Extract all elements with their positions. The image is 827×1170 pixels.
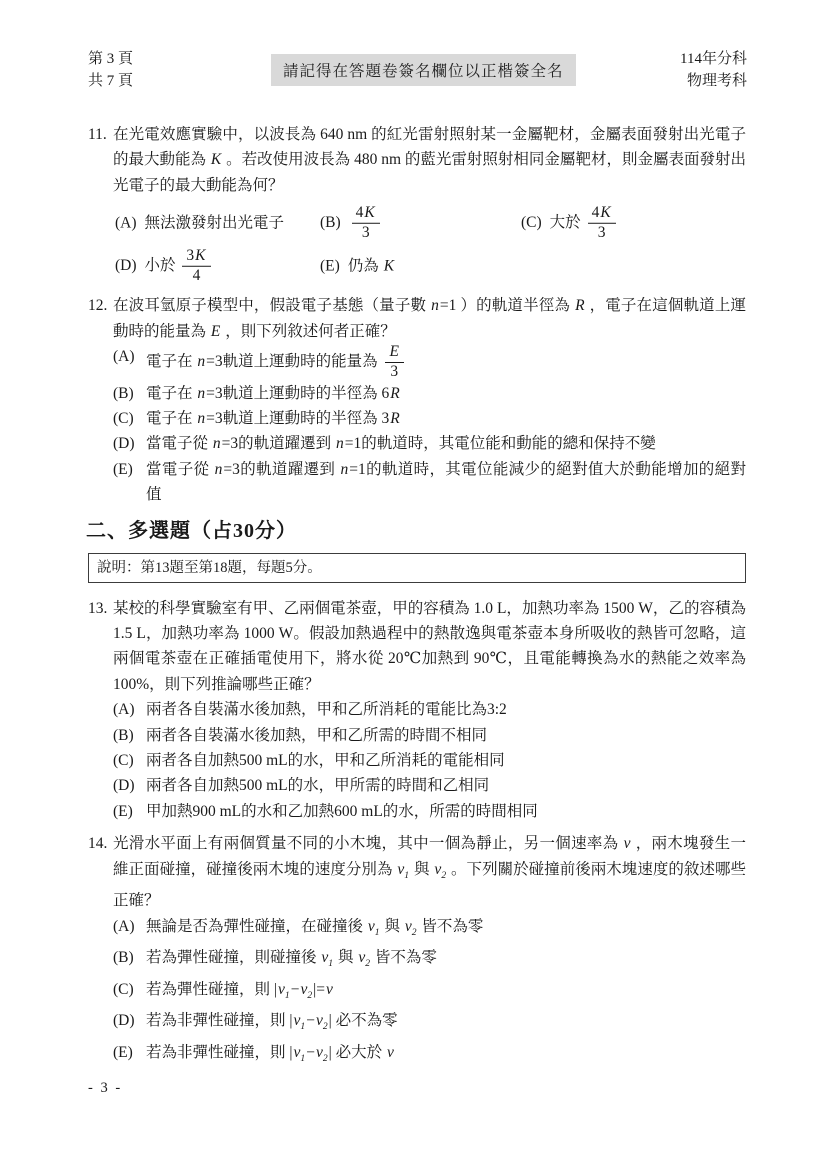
text-run: 兩者各自加熱500 mL的水，甲和乙所消耗的電能相同 bbox=[146, 752, 505, 769]
option: (E)仍為 K bbox=[320, 254, 395, 279]
fraction-denominator: 3 bbox=[385, 363, 404, 381]
math-variable: v1 bbox=[320, 949, 334, 966]
math-subscript: 2 bbox=[441, 870, 446, 881]
option: (D)兩者各自加熱500 mL的水，甲所需的時間和乙相同 bbox=[113, 773, 746, 798]
text-run: 與 bbox=[410, 861, 433, 878]
text-run: 當電子從 bbox=[146, 461, 214, 478]
text-run: 皆不為零 bbox=[418, 918, 484, 935]
math-variable: v bbox=[386, 1044, 395, 1061]
math-variable: R bbox=[389, 385, 400, 402]
math-variable: n bbox=[212, 435, 222, 452]
text-run: 兩者各自裝滿水後加熱，甲和乙所需的時間不相同 bbox=[146, 727, 487, 744]
text-run: 必不為零 bbox=[332, 1012, 398, 1029]
option-label: (A) bbox=[113, 914, 135, 939]
text-run: 大於 bbox=[550, 214, 585, 231]
text-run: 兩者各自加熱500 mL的水，甲所需的時間和乙相同 bbox=[146, 777, 489, 794]
fraction-denominator: 3 bbox=[352, 224, 380, 242]
text-run: ，則下列敘述何者正確？ bbox=[221, 323, 395, 340]
option: (D)小於 3K4 bbox=[115, 248, 214, 284]
math-subscript: 1 bbox=[404, 870, 409, 881]
option: (D)當電子從 n=3的軌道躍遷到 n=1的軌道時，其電位能和動能的總和保持不變 bbox=[113, 431, 746, 456]
math-variable: v1 bbox=[396, 861, 410, 878]
exam-page: 第 3 頁 共 7 頁 請記得在答題卷簽名欄位以正楷簽全名 114年分科 物理考… bbox=[0, 0, 827, 1170]
option-content: 兩者各自加熱500 mL的水，甲所需的時間和乙相同 bbox=[146, 777, 489, 794]
page-footer: - 3 - bbox=[88, 1080, 122, 1097]
options-row: (D)小於 3K4(E)仍為 K bbox=[113, 246, 746, 286]
question-block: 11.在光電效應實驗中，以波長為 640 nm 的紅光雷射照射某一金屬靶材，金屬… bbox=[88, 122, 746, 286]
math-subscript: 1 bbox=[300, 1021, 305, 1032]
text-run: 若為非彈性碰撞，則 bbox=[146, 1044, 289, 1061]
question-block: 13.某校的科學實驗室有甲、乙兩個電茶壺，甲的容積為 1.0 L，加熱功率為 1… bbox=[88, 596, 746, 825]
text-run: = bbox=[316, 981, 325, 998]
math-variable: v bbox=[623, 835, 632, 852]
content-column: 11.在光電效應實驗中，以波長為 640 nm 的紅光雷射照射某一金屬靶材，金屬… bbox=[88, 122, 746, 1078]
math-subscript: 2 bbox=[412, 927, 417, 938]
text-run: =1的軌道時，其電位能和動能的總和保持不變 bbox=[345, 435, 656, 452]
option-content: 無法激發射出光電子 bbox=[145, 215, 285, 232]
option-label: (C) bbox=[521, 214, 542, 231]
option: (C)若為彈性碰撞，則 |v1−v2|=v bbox=[113, 977, 746, 1009]
option-label: (E) bbox=[113, 457, 133, 482]
option-label: (D) bbox=[113, 773, 135, 798]
question-stem: 在光電效應實驗中，以波長為 640 nm 的紅光雷射照射某一金屬靶材，金屬表面發… bbox=[113, 122, 746, 198]
math-variable: n bbox=[196, 353, 206, 370]
option-content: 電子在 n=3軌道上運動時的半徑為 6R bbox=[146, 385, 401, 402]
option-label: (D) bbox=[113, 431, 135, 456]
math-variable: R bbox=[574, 297, 585, 314]
fraction: 4K3 bbox=[588, 205, 616, 241]
text-run: 3 bbox=[390, 363, 398, 380]
math-variable: R bbox=[389, 410, 400, 427]
option-label: (E) bbox=[113, 799, 133, 824]
fraction: 3K4 bbox=[182, 248, 210, 284]
option-content: 兩者各自裝滿水後加熱，甲和乙所消耗的電能比為3:2 bbox=[146, 701, 507, 718]
math-variable: v2 bbox=[433, 861, 447, 878]
option: (D)若為非彈性碰撞，則 |v1−v2| 必不為零 bbox=[113, 1008, 746, 1040]
text-run: 小於 bbox=[145, 257, 180, 274]
question-stem: 在波耳氫原子模型中，假設電子基態（量子數 n=1 ）的軌道半徑為 R ，電子在這… bbox=[113, 293, 746, 344]
math-variable: v2 bbox=[315, 1044, 329, 1061]
math-variable: v1 bbox=[293, 1012, 307, 1029]
question-block: 14.光滑水平面上有兩個質量不同的小木塊，其中一個為靜止，另一個速率為 v ，兩… bbox=[88, 831, 746, 1071]
option-content: 甲加熱900 mL的水和乙加熱600 mL的水，所需的時間相同 bbox=[146, 803, 538, 820]
text-run: 在波耳氫原子模型中，假設電子基態（量子數 bbox=[113, 297, 430, 314]
math-variable: v1 bbox=[277, 981, 291, 998]
fraction: 4K3 bbox=[352, 205, 380, 241]
option-label: (E) bbox=[320, 258, 340, 275]
fraction-numerator: E bbox=[385, 344, 404, 363]
math-variable: v2 bbox=[404, 918, 418, 935]
page-number-line1: 第 3 頁 bbox=[88, 48, 133, 70]
math-variable: v1 bbox=[367, 918, 381, 935]
option-label: (C) bbox=[113, 748, 134, 773]
option-content: 電子在 n=3軌道上運動時的能量為 E3 bbox=[146, 353, 407, 370]
option-content: 電子在 n=3軌道上運動時的半徑為 3R bbox=[146, 410, 401, 427]
math-subscript: 1 bbox=[285, 990, 290, 1001]
math-subscript: 1 bbox=[375, 927, 380, 938]
option-label: (A) bbox=[113, 697, 135, 722]
math-subscript: 2 bbox=[307, 990, 312, 1001]
text-run: 電子在 bbox=[146, 385, 196, 402]
text-run: 若為彈性碰撞，則 bbox=[146, 981, 274, 998]
option-label: (C) bbox=[113, 406, 134, 431]
text-run: =3軌道上運動時的半徑為 6 bbox=[206, 385, 389, 402]
math-subscript: 1 bbox=[328, 958, 333, 969]
option-label: (A) bbox=[115, 215, 137, 232]
single-choice-questions: 11.在光電效應實驗中，以波長為 640 nm 的紅光雷射照射某一金屬靶材，金屬… bbox=[88, 122, 746, 508]
math-subscript: 1 bbox=[300, 1053, 305, 1064]
math-variable: v bbox=[325, 981, 334, 998]
option-label: (A) bbox=[113, 344, 135, 369]
text-run: 兩者各自裝滿水後加熱，甲和乙所消耗的電能比為3:2 bbox=[146, 701, 507, 718]
exam-year: 114年分科 bbox=[680, 48, 747, 70]
question-number: 12. bbox=[88, 293, 107, 318]
math-variable: E bbox=[210, 323, 221, 340]
math-subscript: 2 bbox=[323, 1053, 328, 1064]
options-grid: (A)無法激發射出光電子(B)4K3(C)大於 4K3(D)小於 3K4(E)仍… bbox=[113, 200, 746, 286]
footer-page-number: - 3 - bbox=[88, 1080, 122, 1096]
option: (B)兩者各自裝滿水後加熱，甲和乙所需的時間不相同 bbox=[113, 723, 746, 748]
text-run: 無法激發射出光電子 bbox=[145, 215, 285, 232]
text-run: 當電子從 bbox=[146, 435, 212, 452]
option-content: 大於 4K3 bbox=[550, 214, 619, 231]
page-number-block: 第 3 頁 共 7 頁 bbox=[88, 48, 133, 92]
text-run: 仍為 bbox=[348, 258, 383, 275]
fraction-denominator: 4 bbox=[182, 267, 210, 285]
text-run: =3的軌道躍遷到 bbox=[222, 435, 335, 452]
math-subscript: 2 bbox=[365, 958, 370, 969]
text-run: 必大於 bbox=[332, 1044, 386, 1061]
exam-subject: 物理考科 bbox=[680, 70, 747, 92]
text-run: =3軌道上運動時的半徑為 3 bbox=[206, 410, 389, 427]
math-variable: v2 bbox=[299, 981, 313, 998]
option: (E)甲加熱900 mL的水和乙加熱600 mL的水，所需的時間相同 bbox=[113, 799, 746, 824]
option-content: 當電子從 n=3的軌道躍遷到 n=1的軌道時，其電位能減少的絕對值大於動能增加的… bbox=[146, 461, 746, 503]
option-label: (D) bbox=[115, 257, 137, 274]
exam-info-block: 114年分科 物理考科 bbox=[680, 48, 747, 92]
text-run: =3軌道上運動時的能量為 bbox=[206, 353, 381, 370]
math-subscript: 2 bbox=[323, 1021, 328, 1032]
signature-notice: 請記得在答題卷簽名欄位以正楷簽全名 bbox=[271, 54, 576, 86]
fraction-denominator: 3 bbox=[588, 224, 616, 242]
math-variable: K bbox=[194, 247, 206, 264]
math-variable: v2 bbox=[315, 1012, 329, 1029]
fraction-numerator: 3K bbox=[182, 248, 210, 267]
option-content: 仍為 K bbox=[348, 258, 395, 275]
option: (C)兩者各自加熱500 mL的水，甲和乙所消耗的電能相同 bbox=[113, 748, 746, 773]
option-content: 若為非彈性碰撞，則 |v1−v2| 必大於 v bbox=[146, 1044, 395, 1061]
text-run: − bbox=[306, 1012, 315, 1029]
option-content: 兩者各自加熱500 mL的水，甲和乙所消耗的電能相同 bbox=[146, 752, 505, 769]
option-label: (B) bbox=[113, 945, 134, 970]
fraction-numerator: 4K bbox=[588, 205, 616, 224]
fraction-numerator: 4K bbox=[352, 205, 380, 224]
math-variable: n bbox=[335, 435, 345, 452]
text-run: 與 bbox=[381, 918, 404, 935]
section-title: 二、多選題（占30分） bbox=[86, 518, 746, 544]
page-number-line2: 共 7 頁 bbox=[88, 70, 133, 92]
math-variable: v1 bbox=[293, 1044, 307, 1061]
option: (A)電子在 n=3軌道上運動時的能量為 E3 bbox=[113, 344, 746, 380]
text-run: 3 bbox=[362, 224, 370, 241]
option: (C)電子在 n=3軌道上運動時的半徑為 3R bbox=[113, 406, 746, 431]
option-content: 若為彈性碰撞，則 |v1−v2|=v bbox=[146, 981, 334, 998]
text-run: 若為非彈性碰撞，則 bbox=[146, 1012, 289, 1029]
math-variable: K bbox=[599, 204, 611, 221]
math-variable: n bbox=[214, 461, 224, 478]
option: (A)無論是否為彈性碰撞，在碰撞後 v1 與 v2 皆不為零 bbox=[113, 914, 746, 946]
option: (B)4K3 bbox=[320, 205, 383, 241]
math-variable: v2 bbox=[357, 949, 371, 966]
option: (B)若為彈性碰撞，則碰撞後 v1 與 v2 皆不為零 bbox=[113, 945, 746, 977]
math-variable: E bbox=[389, 343, 400, 360]
option-label: (C) bbox=[113, 977, 134, 1002]
fraction: E3 bbox=[385, 344, 404, 380]
question-number: 14. bbox=[88, 831, 107, 856]
text-run: 與 bbox=[334, 949, 357, 966]
option: (C)大於 4K3 bbox=[521, 205, 619, 241]
option: (A)無法激發射出光電子 bbox=[115, 211, 284, 236]
option-content: 兩者各自裝滿水後加熱，甲和乙所需的時間不相同 bbox=[146, 727, 487, 744]
question-block: 12.在波耳氫原子模型中，假設電子基態（量子數 n=1 ）的軌道半徑為 R ，電… bbox=[88, 293, 746, 507]
option-label: (D) bbox=[113, 1008, 135, 1033]
option-content: 若為非彈性碰撞，則 |v1−v2| 必不為零 bbox=[146, 1012, 398, 1029]
text-run: 3 bbox=[186, 247, 194, 264]
text-run: 3 bbox=[598, 224, 606, 241]
text-run: 某校的科學實驗室有甲、乙兩個電茶壺，甲的容積為 1.0 L，加熱功率為 1500… bbox=[113, 600, 746, 693]
option-content: 當電子從 n=3的軌道躍遷到 n=1的軌道時，其電位能和動能的總和保持不變 bbox=[146, 435, 656, 452]
text-run: 若為彈性碰撞，則碰撞後 bbox=[146, 949, 320, 966]
option-content: 4K3 bbox=[349, 214, 383, 231]
text-run: 電子在 bbox=[146, 353, 196, 370]
question-number: 11. bbox=[88, 122, 107, 147]
options-row: (A)無法激發射出光電子(B)4K3(C)大於 4K3 bbox=[113, 200, 746, 246]
math-variable: n bbox=[430, 297, 440, 314]
text-run: 甲加熱900 mL的水和乙加熱600 mL的水，所需的時間相同 bbox=[146, 803, 538, 820]
option-label: (E) bbox=[113, 1040, 133, 1065]
math-variable: n bbox=[196, 410, 206, 427]
math-variable: n bbox=[339, 461, 349, 478]
option-label: (B) bbox=[113, 723, 134, 748]
option-label: (B) bbox=[320, 214, 341, 231]
option: (A)兩者各自裝滿水後加熱，甲和乙所消耗的電能比為3:2 bbox=[113, 697, 746, 722]
option: (E)當電子從 n=3的軌道躍遷到 n=1的軌道時，其電位能減少的絕對值大於動能… bbox=[113, 457, 746, 508]
text-run: 皆不為零 bbox=[371, 949, 437, 966]
text-run: − bbox=[306, 1044, 315, 1061]
math-variable: n bbox=[196, 385, 206, 402]
text-run: 4 bbox=[193, 267, 201, 284]
option-label: (B) bbox=[113, 381, 134, 406]
question-stem: 光滑水平面上有兩個質量不同的小木塊，其中一個為靜止，另一個速率為 v ，兩木塊發… bbox=[113, 831, 746, 913]
text-run: 無論是否為彈性碰撞，在碰撞後 bbox=[146, 918, 367, 935]
option-content: 若為彈性碰撞，則碰撞後 v1 與 v2 皆不為零 bbox=[146, 949, 437, 966]
multi-choice-questions: 13.某校的科學實驗室有甲、乙兩個電茶壺，甲的容積為 1.0 L，加熱功率為 1… bbox=[88, 596, 746, 1071]
option: (E)若為非彈性碰撞，則 |v1−v2| 必大於 v bbox=[113, 1040, 746, 1072]
math-variable: K bbox=[383, 258, 395, 275]
question-stem: 某校的科學實驗室有甲、乙兩個電茶壺，甲的容積為 1.0 L，加熱功率為 1500… bbox=[113, 596, 746, 698]
math-variable: K bbox=[363, 204, 375, 221]
text-run: =1 ）的軌道半徑為 bbox=[440, 297, 574, 314]
option-content: 無論是否為彈性碰撞，在碰撞後 v1 與 v2 皆不為零 bbox=[146, 918, 483, 935]
text-run: =3的軌道躍遷到 bbox=[223, 461, 339, 478]
option-content: 小於 3K4 bbox=[145, 257, 214, 274]
text-run: 電子在 bbox=[146, 410, 196, 427]
instruction-box: 說明：第13題至第18題，每題5分。 bbox=[88, 553, 746, 583]
text-run: 光滑水平面上有兩個質量不同的小木塊，其中一個為靜止，另一個速率為 bbox=[113, 835, 623, 852]
option: (B)電子在 n=3軌道上運動時的半徑為 6R bbox=[113, 381, 746, 406]
math-variable: K bbox=[210, 151, 222, 168]
question-number: 13. bbox=[88, 596, 107, 621]
